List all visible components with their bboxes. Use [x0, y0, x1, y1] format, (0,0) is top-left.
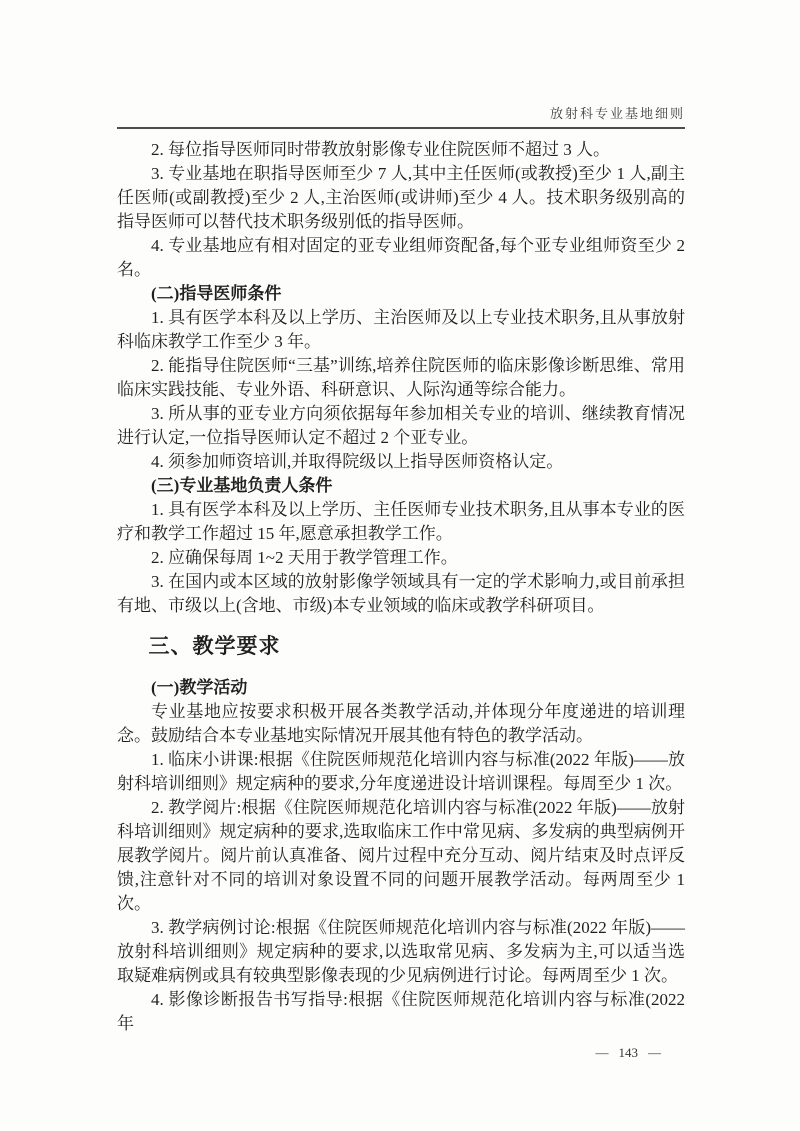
paragraph: 专业基地应按要求积极开展各类教学活动,并体现分年度递进的培训理念。鼓励结合本专业… — [117, 700, 685, 748]
footer-left-dash: — — [596, 1045, 609, 1061]
paragraph: 2. 教学阅片:根据《住院医师规范化培训内容与标准(2022 年版)——放射科培… — [117, 796, 685, 916]
paragraph: 1. 临床小讲课:根据《住院医师规范化培训内容与标准(2022 年版)——放射科… — [117, 748, 685, 796]
paragraph: 2. 应确保每周 1~2 天用于教学管理工作。 — [117, 546, 685, 570]
subsection-heading: (二)指导医师条件 — [117, 282, 685, 306]
paragraph: 3. 在国内或本区域的放射影像学领域具有一定的学术影响力,或目前承担有地、市级以… — [117, 570, 685, 618]
paragraph: 1. 具有医学本科及以上学历、主任医师专业技术职务,且从事本专业的医疗和教学工作… — [117, 498, 685, 546]
document-body: 2. 每位指导医师同时带教放射影像专业住院医师不超过 3 人。3. 专业基地在职… — [117, 138, 685, 1036]
paragraph: 4. 影像诊断报告书写指导:根据《住院医师规范化培训内容与标准(2022 年 — [117, 988, 685, 1036]
running-header-title: 放射科专业基地细则 — [117, 106, 685, 122]
subsection-heading: (一)教学活动 — [117, 676, 685, 700]
paragraph: 2. 每位指导医师同时带教放射影像专业住院医师不超过 3 人。 — [117, 138, 685, 162]
page-footer: —143— — [117, 1045, 685, 1061]
paragraph: 3. 专业基地在职指导医师至少 7 人,其中主任医师(或教授)至少 1 人,副主… — [117, 162, 685, 234]
section-heading: 三、教学要求 — [117, 631, 685, 661]
footer-right-dash: — — [648, 1045, 661, 1061]
paragraph: 2. 能指导住院医师“三基”训练,培养住院医师的临床影像诊断思维、常用临床实践技… — [117, 354, 685, 402]
paragraph: 4. 专业基地应有相对固定的亚专业组师资配备,每个亚专业组师资至少 2 名。 — [117, 234, 685, 282]
page-number: 143 — [619, 1045, 639, 1060]
document-page: 放射科专业基地细则 2. 每位指导医师同时带教放射影像专业住院医师不超过 3 人… — [0, 0, 800, 1131]
paragraph: 1. 具有医学本科及以上学历、主治医师及以上专业技术职务,且从事放射科临床教学工… — [117, 306, 685, 354]
subsection-heading: (三)专业基地负责人条件 — [117, 474, 685, 498]
paragraph: 4. 须参加师资培训,并取得院级以上指导医师资格认定。 — [117, 450, 685, 474]
header-rule — [117, 127, 685, 129]
paragraph: 3. 所从事的亚专业方向须依据每年参加相关专业的培训、继续教育情况进行认定,一位… — [117, 402, 685, 450]
paragraph: 3. 教学病例讨论:根据《住院医师规范化培训内容与标准(2022 年版)——放射… — [117, 916, 685, 988]
